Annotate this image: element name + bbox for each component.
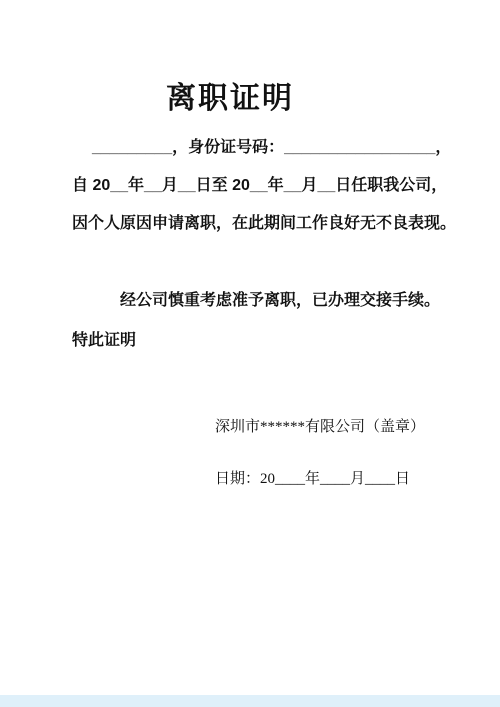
certificate-page: 离职证明 _________，身份证号码：_________________， … bbox=[0, 0, 500, 707]
document-title: 离职证明 bbox=[0, 73, 460, 117]
company-signature-line: 深圳市******有限公司（盖章） bbox=[215, 416, 425, 438]
employment-period-line: 自 20__年__月__日至 20__年__月__日任职我公司， bbox=[72, 174, 447, 198]
footer-strip bbox=[0, 695, 500, 707]
resignation-reason-line: 因个人原因申请离职，在此期间工作良好无不良表现。 bbox=[72, 212, 456, 236]
signature-date-line: 日期：20____年____月____日 bbox=[215, 468, 410, 490]
intro-line-name-and-id: _________，身份证号码：_________________， bbox=[92, 136, 451, 160]
attest-line: 特此证明 bbox=[72, 329, 136, 353]
approval-line: 经公司慎重考虑准予离职，已办理交接手续。 bbox=[120, 289, 440, 313]
